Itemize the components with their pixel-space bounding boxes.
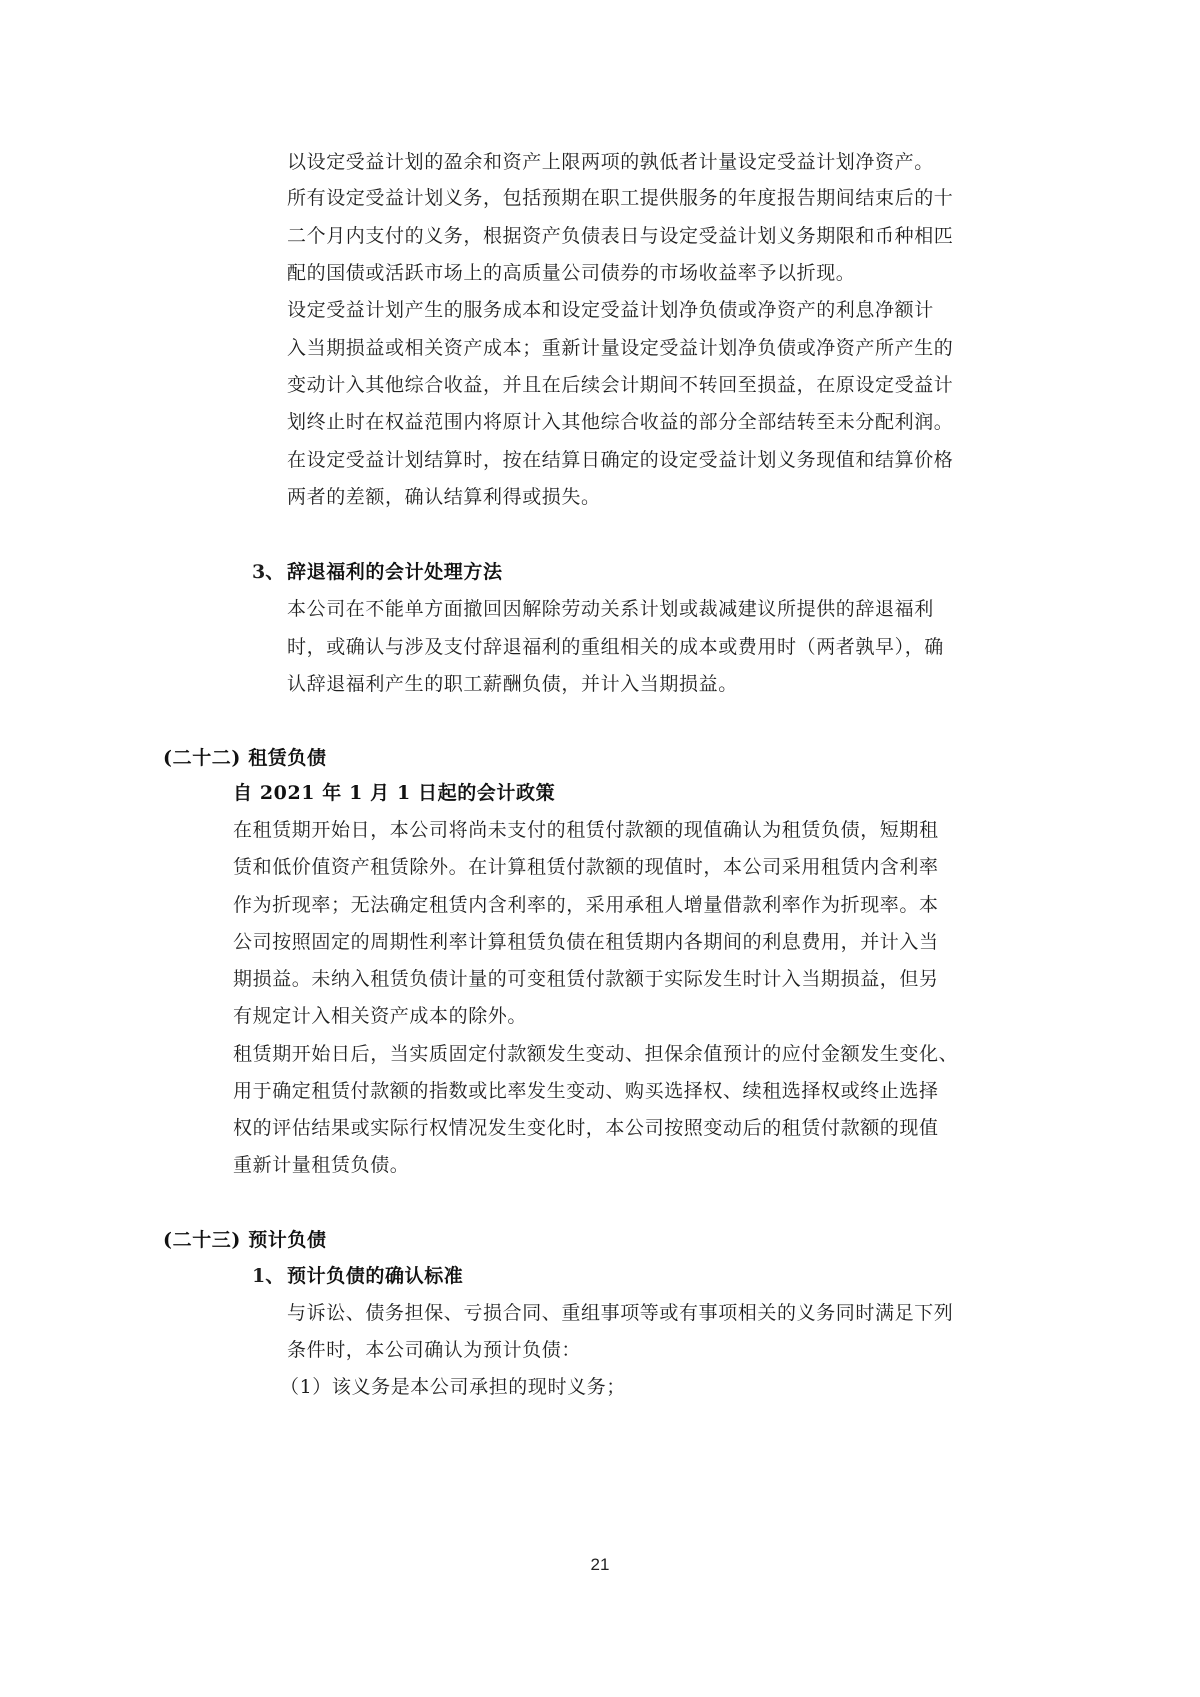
section-number: 1、 [252, 1264, 284, 1288]
text-line: 两者的差额，确认结算利得或损失。 [287, 485, 601, 509]
text-line: 公司按照固定的周期性利率计算租赁负债在租赁期内各期间的利息费用，并计入当 [233, 930, 939, 954]
text-line: 认辞退福利产生的职工薪酬负债，并计入当期损益。 [287, 672, 738, 696]
section-number: 3、 [252, 560, 284, 584]
text-line: 条件时，本公司确认为预计负债： [287, 1338, 581, 1362]
section-subheading: 自 2021 年 1 月 1 日起的会计政策 [233, 781, 555, 805]
text-line: 设定受益计划产生的服务成本和设定受益计划净负债或净资产的利息净额计 [287, 298, 934, 322]
section-title: 辞退福利的会计处理方法 [287, 560, 503, 584]
text-line: 以设定受益计划的盈余和资产上限两项的孰低者计量设定受益计划净资产。 [287, 150, 934, 174]
text-line: 划终止时在权益范围内将原计入其他综合收益的部分全部结转至未分配利润。 [287, 410, 953, 434]
text-line: 配的国债或活跃市场上的高质量公司债券的市场收益率予以折现。 [287, 261, 855, 285]
text-line: 期损益。未纳入租赁负债计量的可变租赁付款额于实际发生时计入当期损益，但另 [233, 967, 939, 991]
text-line: 租赁期开始日后，当实质固定付款额发生变动、担保余值预计的应付金额发生变化、 [233, 1042, 958, 1066]
section-title: 预计负债的确认标准 [287, 1264, 463, 1288]
text-line: 赁和低价值资产租赁除外。在计算租赁付款额的现值时，本公司采用租赁内含利率 [233, 855, 939, 879]
text-line: 权的评估结果或实际行权情况发生变化时，本公司按照变动后的租赁付款额的现值 [233, 1116, 939, 1140]
text-line: 二个月内支付的义务，根据资产负债表日与设定受益计划义务期限和币种相匹 [287, 224, 953, 248]
text-line: 有规定计入相关资产成本的除外。 [233, 1004, 527, 1028]
text-line: 在租赁期开始日，本公司将尚未支付的租赁付款额的现值确认为租赁负债，短期租 [233, 818, 939, 842]
text-line: 在设定受益计划结算时，按在结算日确定的设定受益计划义务现值和结算价格 [287, 448, 953, 472]
text-line: 变动计入其他综合收益，并且在后续会计期间不转回至损益，在原设定受益计 [287, 373, 953, 397]
text-line: 与诉讼、债务担保、亏损合同、重组事项等或有事项相关的义务同时满足下列 [287, 1301, 953, 1325]
page-number: 21 [0, 1555, 1200, 1575]
text-line: （1）该义务是本公司承担的现时义务； [280, 1375, 626, 1399]
text-line: 入当期损益或相关资产成本；重新计量设定受益计划净负债或净资产所产生的 [287, 336, 953, 360]
text-line: 所有设定受益计划义务，包括预期在职工提供服务的年度报告期间结束后的十 [287, 186, 953, 210]
section-heading: (二十二) 租赁负债 [163, 746, 327, 770]
section-heading: (二十三) 预计负债 [163, 1228, 327, 1252]
text-line: 作为折现率；无法确定租赁内含利率的，采用承租人增量借款利率作为折现率。本 [233, 893, 939, 917]
text-line: 重新计量租赁负债。 [233, 1153, 409, 1177]
text-line: 时，或确认与涉及支付辞退福利的重组相关的成本或费用时（两者孰早），确 [287, 635, 944, 659]
text-line: 用于确定租赁付款额的指数或比率发生变动、购买选择权、续租选择权或终止选择 [233, 1079, 939, 1103]
text-line: 本公司在不能单方面撤回因解除劳动关系计划或裁减建议所提供的辞退福利 [287, 597, 934, 621]
